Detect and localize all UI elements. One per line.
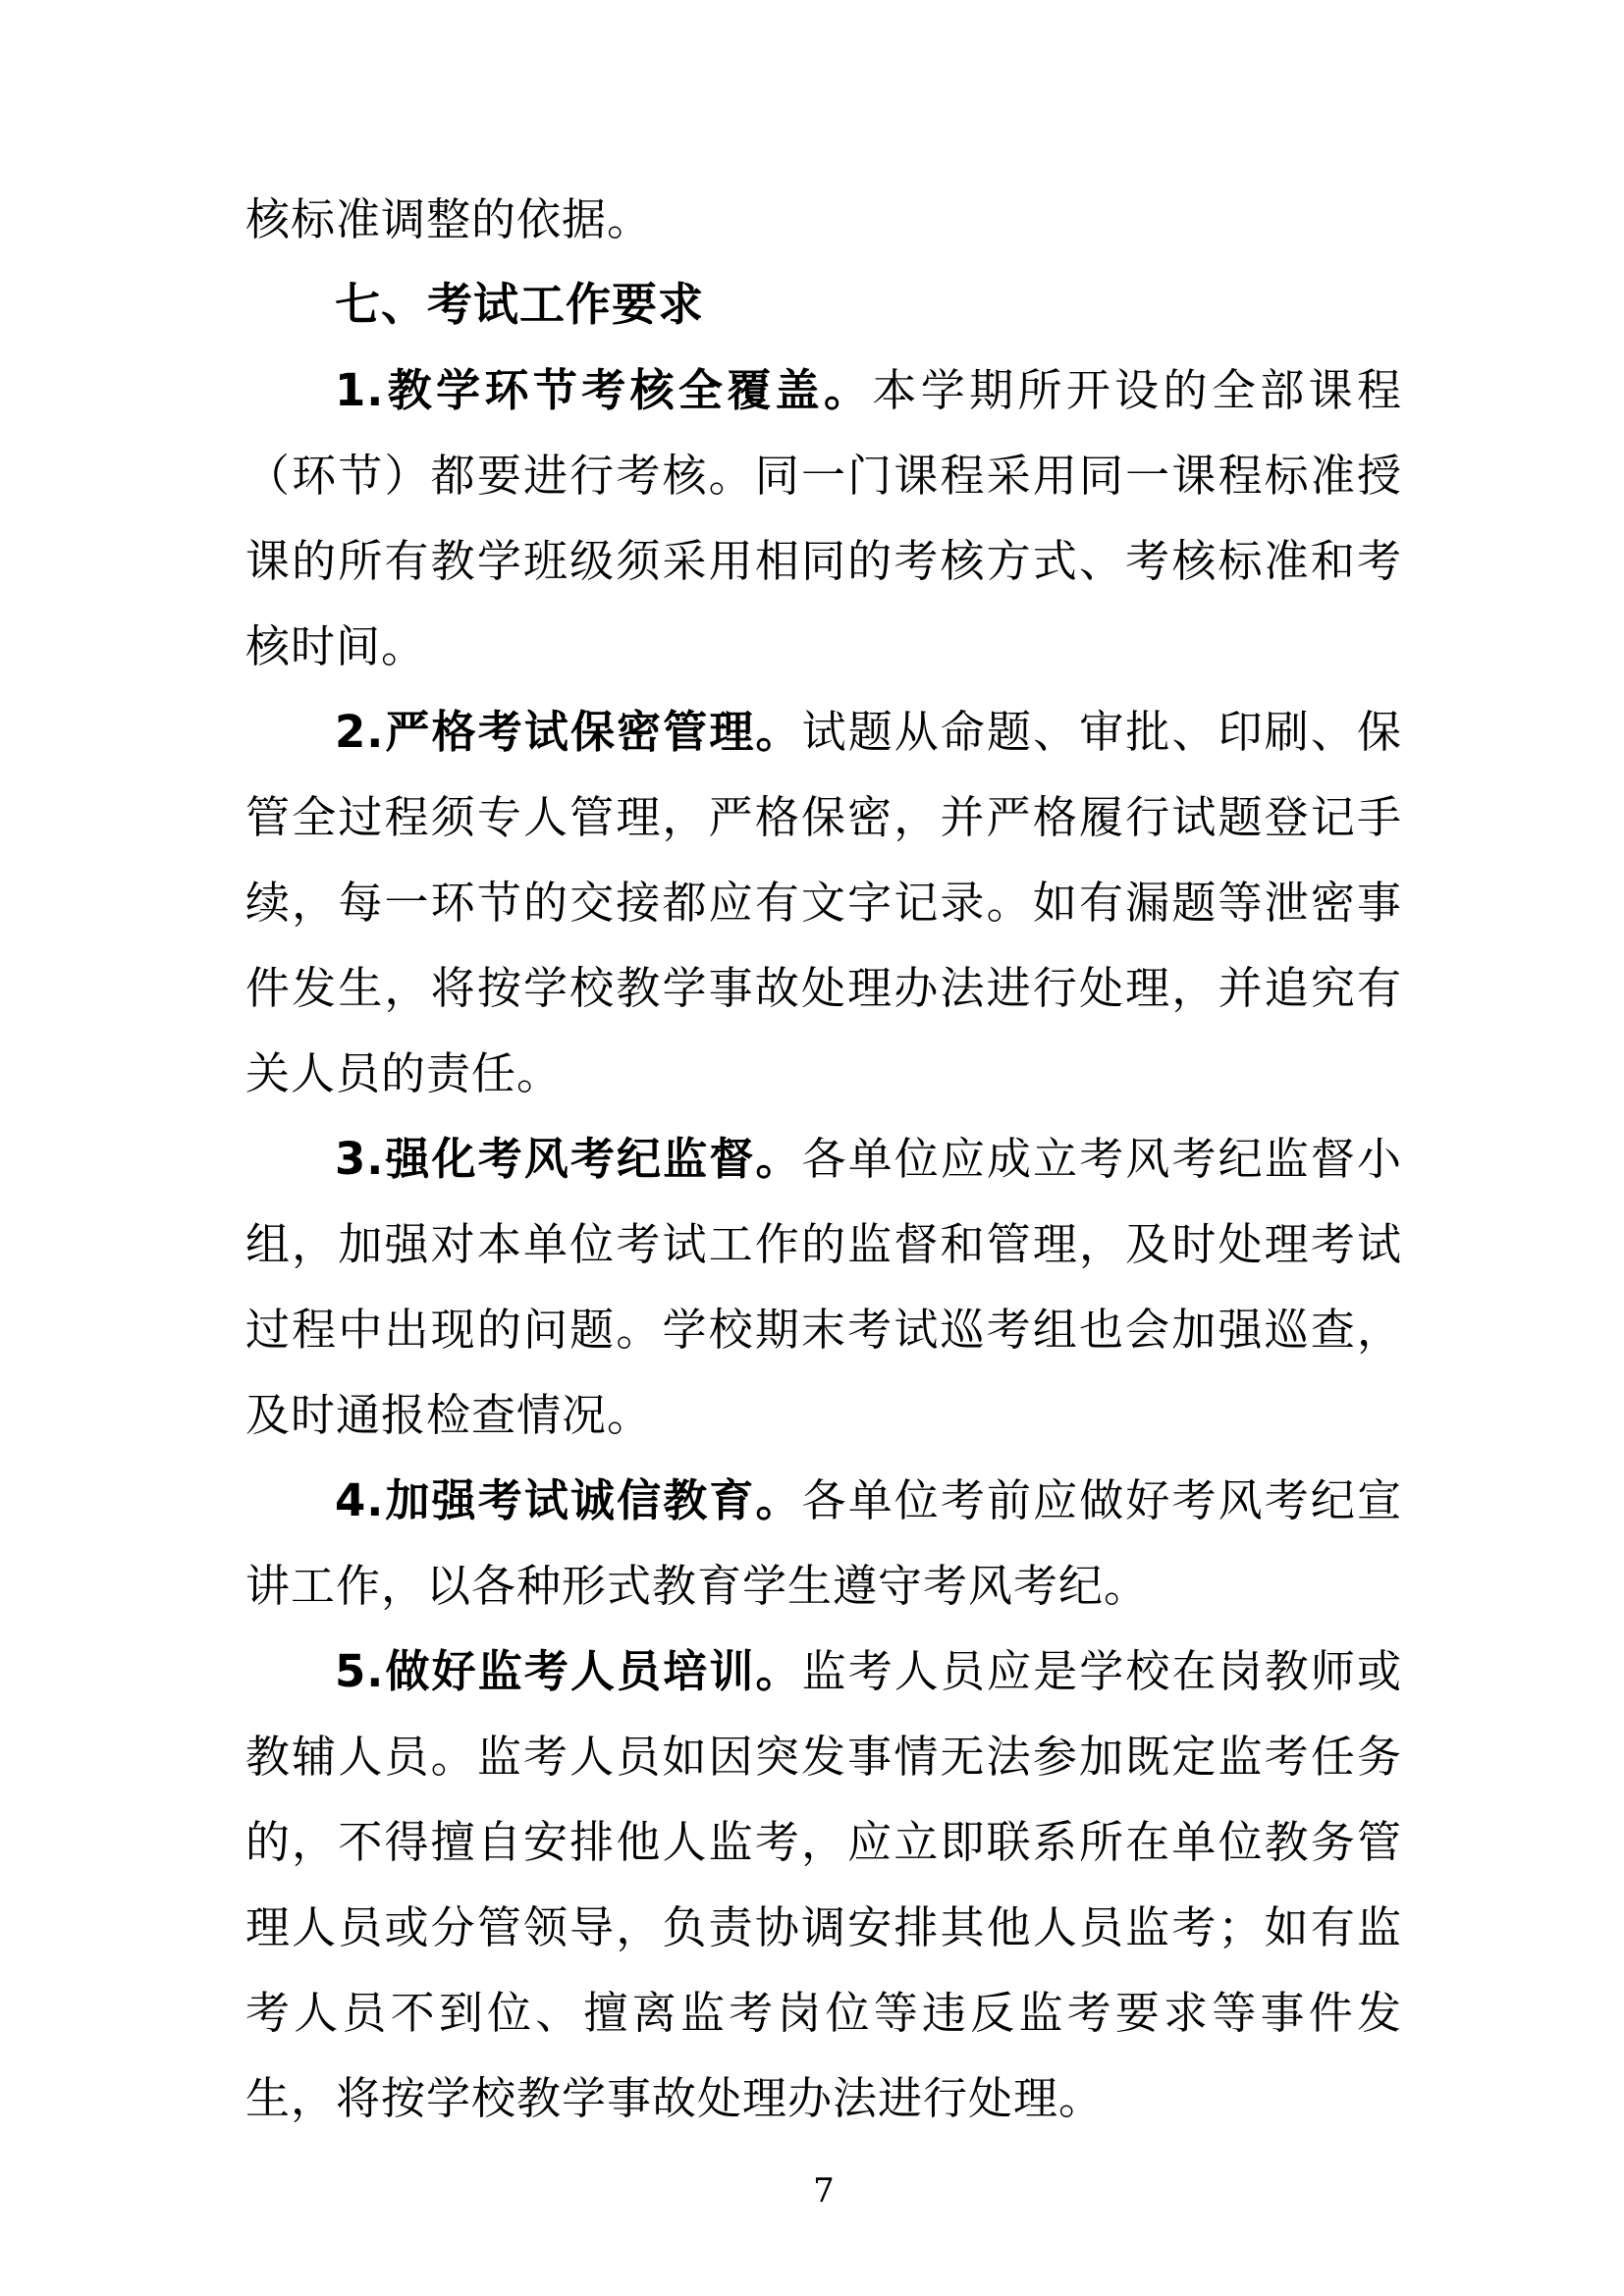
paragraph-1-lead: 1.教学环节考核全覆盖。 <box>335 364 872 416</box>
section-heading: 七、考试工作要求 <box>245 262 1402 347</box>
paragraph-5-body: 监考人员应是学校在岗教师或教辅人员。监考人员如因突发事情无法参加既定监考任务的，… <box>245 1645 1402 2124</box>
paragraph-1: 1.教学环节考核全覆盖。本学期所开设的全部课程（环节）都要进行考核。同一门课程采… <box>245 347 1402 689</box>
text-body: 核标准调整的依据。 七、考试工作要求 1.教学环节考核全覆盖。本学期所开设的全部… <box>245 177 1402 2141</box>
continuation-paragraph: 核标准调整的依据。 <box>245 177 1402 262</box>
paragraph-2: 2.严格考试保密管理。试题从命题、审批、印刷、保管全过程须专人管理，严格保密，并… <box>245 689 1402 1116</box>
paragraph-3: 3.强化考风考纪监督。各单位应成立考风考纪监督小组，加强对本单位考试工作的监督和… <box>245 1116 1402 1458</box>
paragraph-5-lead: 5.做好监考人员培训。 <box>335 1645 802 1697</box>
paragraph-2-body: 试题从命题、审批、印刷、保管全过程须专人管理，严格保密，并严格履行试题登记手续，… <box>245 706 1402 1099</box>
paragraph-4: 4.加强考试诚信教育。各单位考前应做好考风考纪宣讲工作，以各种形式教育学生遵守考… <box>245 1458 1402 1629</box>
paragraph-3-lead: 3.强化考风考纪监督。 <box>335 1133 802 1185</box>
page-number: 7 <box>245 2171 1402 2211</box>
paragraph-2-lead: 2.严格考试保密管理。 <box>335 706 802 758</box>
paragraph-4-lead: 4.加强考试诚信教育。 <box>335 1474 802 1526</box>
document-page: 核标准调整的依据。 七、考试工作要求 1.教学环节考核全覆盖。本学期所开设的全部… <box>0 0 1624 2296</box>
paragraph-5: 5.做好监考人员培训。监考人员应是学校在岗教师或教辅人员。监考人员如因突发事情无… <box>245 1629 1402 2141</box>
